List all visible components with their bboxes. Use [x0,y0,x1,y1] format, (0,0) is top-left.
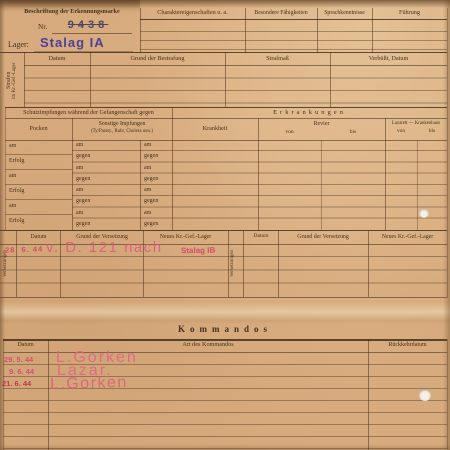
revier-bis-label: bis [322,130,384,136]
kommandos-col-rueckkehrdatum: Rückkehrdatum [369,342,446,348]
grid-line [0,52,447,53]
col-lazarett: Lazarett — Krankenhaus [386,121,446,126]
col-krankheit: Krankheit [173,126,257,133]
table-rows [140,23,447,52]
versetzungen-col-datum: Datum [244,234,278,240]
impfungen-header: Schutzimpfungen während der Gefangenscha… [6,110,171,117]
erkrankungen-header: Erkrankungen [173,109,446,116]
idbox-lager-value-stamp: Stalag IA [40,36,105,50]
col-charaktereigenschaften: Charaktereigenschaften u. a. [141,10,244,17]
grid-line [0,297,447,298]
col-fuehrung: Führung [373,10,446,17]
idbox-nr-label: Nr. [38,23,47,31]
idbox-nr-value-stamp: 9438 [56,20,120,32]
grid-line [0,230,447,231]
strafen-side-label: Strafen im Kr.-Gef.-Lager [6,57,17,104]
idbox-lager-label: Lager: [8,41,29,50]
lazarett-bis-label: bis [418,129,446,135]
versetzung-stamp-text: v. D. 121 nach [46,240,163,256]
punch-hole [419,389,431,401]
punch-hole [419,208,429,218]
table-rows [72,140,447,229]
kommando-entry-date: 9. 6. 44 [9,368,34,376]
versetzung-stamp-date: 28. 6. 44 [5,245,43,254]
idbox-nr-rule [52,33,132,34]
col-sprachkenntnisse: Sprachkenntnisse [318,10,371,16]
idbox-title: Beschriftung der Erkennungsmarke [6,9,138,16]
versetzungen-col-grund: Grund der Versetzung [279,234,367,240]
col-sonstige-impfungen-sub: (Ty/Paraty., Ruhr, Cholera usw.) [73,129,171,134]
kommando-entry-date: 29. 5. 44 [4,356,33,364]
strafen-col-datum: Datum [25,56,89,63]
grid-line [447,8,448,298]
table-rows [24,66,447,104]
col-pocken: Pocken [6,126,71,133]
fold-crease [0,302,450,324]
strafen-col-strafmass: Strafmaß [226,56,329,63]
lazarett-von-label: von [386,129,416,135]
revier-von-label: von [259,130,320,136]
col-sonstige-impfungen: Sonstige Impfungen [73,121,171,127]
kommandos-col-datum: Datum [4,342,47,348]
strafen-col-grund: Grund der Bestrafung [91,56,224,63]
versetzung-stamp-lager: Stalag IB [181,247,215,256]
kommandos-header: Kommandos [0,325,450,335]
kommandos-col-art: Art des Kommandos [49,342,367,349]
grid-line [140,19,447,20]
col-revier: Revier [259,121,384,127]
strafen-col-verbuesst: Verbüßt, Datum [331,56,446,63]
grid-line [5,107,447,108]
paper-edge-top [0,0,450,8]
table-rows [5,140,72,229]
col-besondere-faehigkeiten: Besondere Fähigkeiten [246,10,316,16]
kommando-entry-date: 21. 6. 44 [2,380,31,388]
kommando-entry-text: L.Gorken [50,374,128,393]
versetzungen-col-neues-lager: Neues Kr.-Gef.-Lager [369,234,446,240]
pow-record-card: Beschriftung der Erkennungsmarke Nr. 943… [0,0,450,450]
grid-line [447,339,448,450]
